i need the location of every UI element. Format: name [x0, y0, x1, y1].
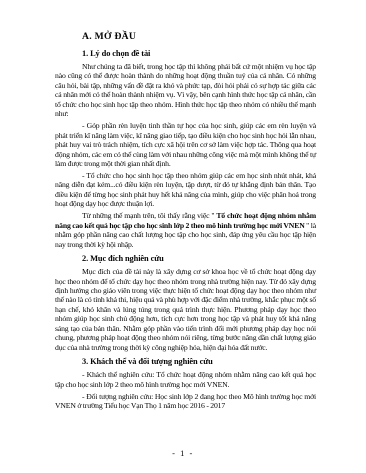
bullet-group-benefit-1: - Góp phần rèn luyện tinh thần tự học củ… [55, 121, 316, 168]
paragraph-research-purpose: Mục đích của đề tài này là xây dựng cơ s… [55, 267, 316, 352]
section-3-heading: 3. Khách thể và đối tượng nghiên cứu [55, 357, 316, 366]
page-number: - 1 - [0, 448, 366, 458]
paragraph-intro: Như chúng ta đã biết, trong học tập thì … [55, 62, 316, 119]
document-page: A. MỞ ĐẦU 1. Lý do chọn đề tài Như chúng… [55, 31, 316, 413]
paragraph-topic-statement: Từ những thế mạnh trên, tôi thấy rằng vi… [55, 211, 316, 249]
bullet-research-object: - Khách thể nghiên cứu: Tổ chức hoạt độn… [55, 370, 316, 389]
topic-statement-before: Từ những thế mạnh trên, tôi thấy rằng vi… [82, 211, 216, 220]
bullet-research-subject: - Đối tượng nghiên cứu: Học sinh lớp 2 đ… [55, 392, 316, 411]
bullet-group-benefit-2: - Tổ chức cho học sinh học tập theo nhóm… [55, 171, 316, 209]
document-title: A. MỞ ĐẦU [55, 31, 316, 42]
section-2-heading: 2. Mục đích nghiên cứu [55, 254, 316, 263]
section-1-heading: 1. Lý do chọn đề tài [55, 49, 316, 58]
